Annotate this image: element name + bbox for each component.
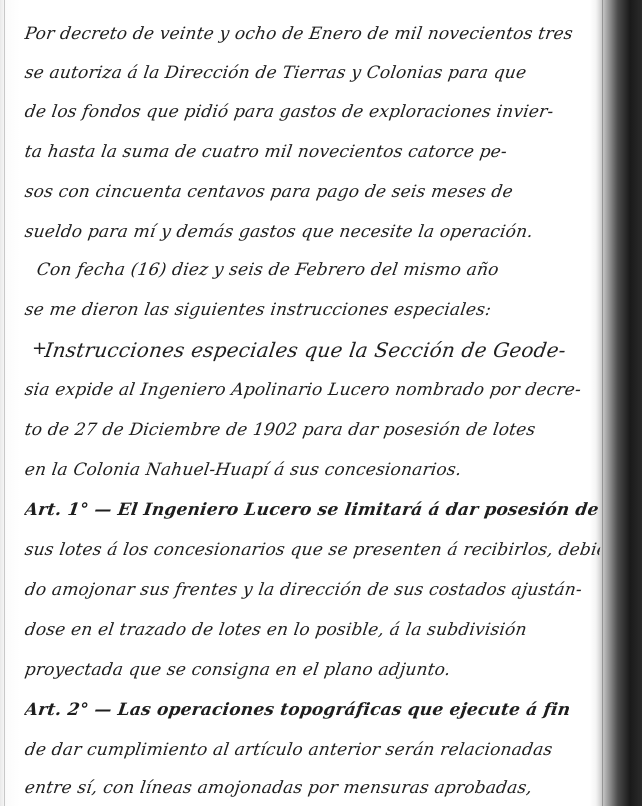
- text-line-17: proyectada que se consigna en el plano a…: [22, 650, 603, 690]
- text-line-4: ta hasta la suma de cuatro mil novecient…: [22, 132, 603, 172]
- instructions-heading-line: Instrucciones especiales que la Sección …: [42, 330, 623, 370]
- text-line-6: sueldo para mí y demás gastos que necesi…: [22, 212, 603, 252]
- text-line-12: en la Colonia Nahuel-Huapí á sus concesi…: [22, 450, 603, 490]
- text-line-7: Con fecha (16) diez y seis de Febrero de…: [34, 250, 615, 290]
- text-line-16: dose en el trazado de lotes en lo posibl…: [22, 610, 603, 650]
- text-line-8: se me dieron las siguientes instruccione…: [22, 290, 603, 330]
- text-line-14: sus lotes á los concesionarios que se pr…: [22, 530, 603, 570]
- text-line-10: sia expide al Ingeniero Apolinario Lucer…: [22, 370, 603, 410]
- article-2-line: Art. 2° — Las operaciones topográficas q…: [22, 690, 603, 730]
- text-line-20: entre sí, con líneas amojonadas por mens…: [22, 768, 603, 806]
- text-line-15: do amojonar sus frentes y la dirección d…: [22, 570, 603, 610]
- text-line-11: to de 27 de Diciembre de 1902 para dar p…: [22, 410, 603, 450]
- article-1-line: Art. 1° — El Ingeniero Lucero se limitar…: [22, 490, 603, 530]
- text-line-2: se autoriza á la Dirección de Tierras y …: [22, 53, 603, 93]
- handwritten-text-body: Por decreto de veinte y ocho de Enero de…: [0, 0, 642, 806]
- manuscript-page: + Por decreto de veinte y ocho de Enero …: [0, 0, 642, 806]
- text-line-1: Por decreto de veinte y ocho de Enero de…: [22, 14, 603, 54]
- text-line-3: de los fondos que pidió para gastos de e…: [22, 92, 603, 132]
- text-line-19: de dar cumplimiento al artículo anterior…: [22, 730, 603, 770]
- text-line-5: sos con cincuenta centavos para pago de …: [22, 172, 603, 212]
